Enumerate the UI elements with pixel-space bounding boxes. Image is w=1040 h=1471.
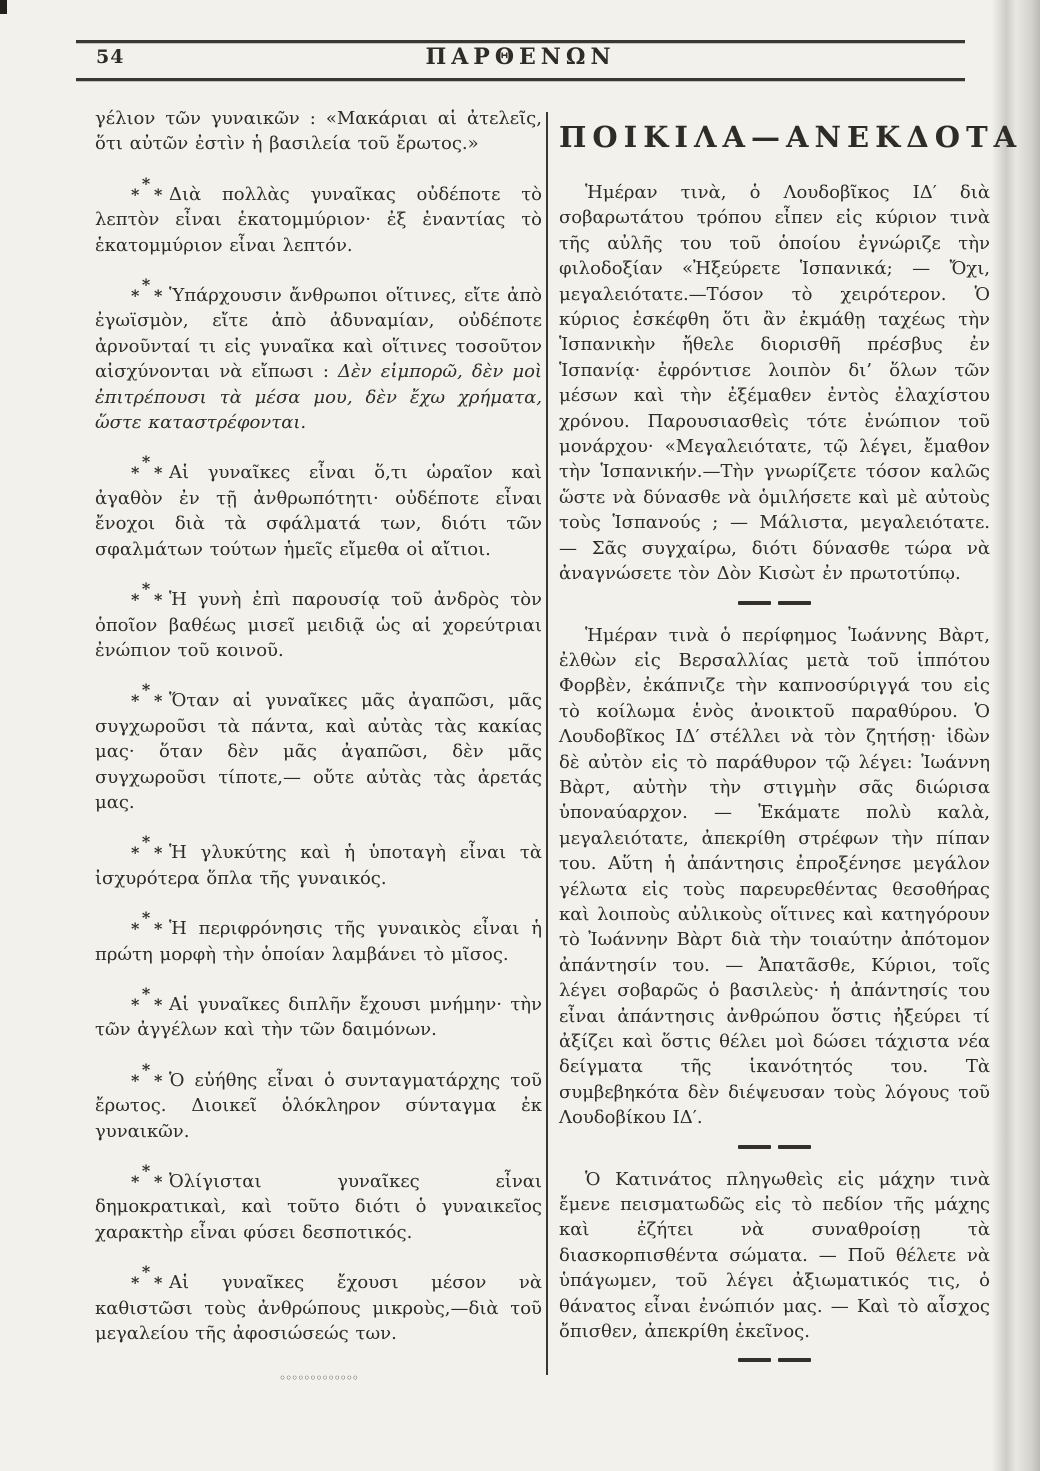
header-rule-top: [76, 40, 965, 43]
asterism-icon: ** *: [131, 690, 161, 708]
asterism-icon: ** *: [131, 285, 161, 303]
masthead-title: ΠΑΡΘΕΝΩΝ: [76, 44, 965, 70]
section-divider: [559, 1145, 990, 1149]
aphorism-paragraph: ** *Ἡ γυνὴ ἐπὶ παρουσίᾳ τοῦ ἀνδρὸς τὸν ὁ…: [95, 587, 542, 663]
aphorism-paragraph: ** *Αἱ γυναῖκες ἔχουσι μέσον νὰ καθιστῶσ…: [95, 1270, 542, 1346]
asterism-icon: ** *: [131, 842, 161, 860]
aphorism-paragraph: ** *Ὁ εὐήθης εἶναι ὁ συνταγματάρχης τοῦ …: [95, 1068, 542, 1144]
asterism-icon: ** *: [131, 462, 161, 480]
anecdote-text: Ὁ Κατινάτος πληγωθεὶς εἰς μάχην τινὰ ἔμε…: [559, 1169, 990, 1342]
anecdote-text: Ἡμέραν τινὰ, ὁ Λουδοβῖκος ΙΔ′ διὰ σοβαρω…: [559, 182, 990, 584]
divider-dash-icon: [738, 601, 771, 605]
page-edge-shadow: [992, 0, 1040, 1471]
chain-ornament: ◦◦◦◦◦◦◦◦◦◦◦◦◦: [95, 1371, 542, 1385]
aphorism-paragraph: ** *Ἡ γλυκύτης καὶ ἡ ὑποταγὴ εἶναι τὰ ἰσ…: [95, 840, 542, 891]
divider-dash-icon: [738, 1358, 771, 1362]
anecdote-paragraph: Ὁ Κατινάτος πληγωθεὶς εἰς μάχην τινὰ ἔμε…: [559, 1167, 990, 1345]
anecdote-paragraph: Ἡμέραν τινὰ ὁ περίφημος Ἰωάννης Βὰρτ, ἐλ…: [559, 623, 990, 1131]
section-divider: [559, 1358, 990, 1362]
asterism-icon: ** *: [131, 589, 161, 607]
divider-dash-icon: [778, 601, 811, 605]
aphorism-paragraph: ** *Ὅταν αἱ γυναῖκες μᾶς ἀγαπῶσι, μᾶς συ…: [95, 688, 542, 815]
asterism-icon: ** *: [131, 184, 161, 202]
continuation-paragraph: γέλιον τῶν γυναικῶν : «Μακάριαι αἱ ἀτελε…: [95, 106, 542, 157]
asterism-icon: ** *: [131, 918, 161, 936]
asterism-icon: ** *: [131, 1272, 161, 1290]
anecdote-text: Ἡμέραν τινὰ ὁ περίφημος Ἰωάννης Βὰρτ, ἐλ…: [559, 625, 990, 1129]
header-rule-bottom: [76, 78, 965, 81]
column-divider-rule: [546, 112, 548, 1375]
aphorism-paragraph: ** *Ἡ περιφρόνησις τῆς γυναικὸς εἶναι ἡ …: [95, 916, 542, 967]
asterism-icon: ** *: [131, 1171, 161, 1189]
aphorism-paragraph: ** *Αἱ γυναῖκες εἶναι ὅ,τι ὡραῖον καὶ ἀγ…: [95, 460, 542, 562]
section-divider: [559, 601, 990, 605]
asterism-icon: ** *: [131, 994, 161, 1012]
asterism-icon: ** *: [131, 1070, 161, 1088]
aphorism-paragraph: ** *Διὰ πολλὰς γυναῖκας οὐδέποτε τὸ λεπτ…: [95, 182, 542, 258]
right-column: ΠΟΙΚΙΛΑ—ΑΝΕΚΔΟΤΑ Ἡμέραν τινὰ, ὁ Λουδοβῖκ…: [559, 104, 990, 1380]
divider-dash-icon: [738, 1145, 771, 1149]
anecdote-paragraph: Ἡμέραν τινὰ, ὁ Λουδοβῖκος ΙΔ′ διὰ σοβαρω…: [559, 180, 990, 587]
left-column: γέλιον τῶν γυναικῶν : «Μακάριαι αἱ ἀτελε…: [95, 106, 542, 1385]
section-title: ΠΟΙΚΙΛΑ—ΑΝΕΚΔΟΤΑ: [559, 120, 990, 154]
scan-corner-mark: [0, 0, 7, 14]
aphorism-paragraph: ** *Αἱ γυναῖκες διπλῆν ἔχουσι μνήμην· τὴ…: [95, 992, 542, 1043]
divider-dash-icon: [778, 1358, 811, 1362]
aphorism-paragraph: ** *Ὀλίγισται γυναῖκες εἶναι δημοκρατικα…: [95, 1169, 542, 1245]
aphorism-paragraph: ** *Ὑπάρχουσιν ἄνθρωποι οἵτινες, εἴτε ἀπ…: [95, 283, 542, 435]
divider-dash-icon: [778, 1145, 811, 1149]
continuation-text: γέλιον τῶν γυναικῶν : «Μακάριαι αἱ ἀτελε…: [95, 108, 542, 154]
